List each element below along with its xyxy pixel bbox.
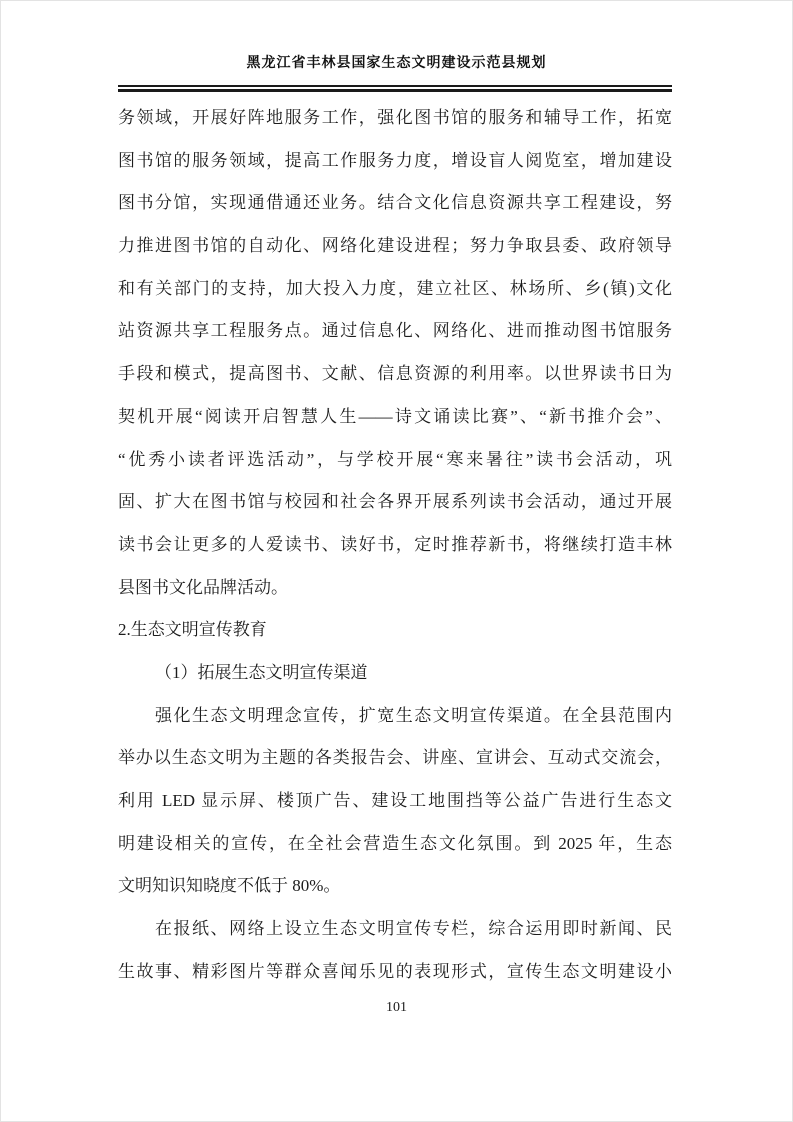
body-line: 读书会让更多的人爱读书、读好书，定时推荐新书，将继续打造丰林 bbox=[118, 524, 672, 567]
body-line: 契机开展“阅读开启智慧人生——诗文诵读比赛”、“新书推介会”、 bbox=[118, 396, 672, 439]
body-line: 强化生态文明理念宣传，扩宽生态文明宣传渠道。在全县范围内 bbox=[118, 695, 672, 738]
body-line: 图书馆的服务领域，提高工作服务力度，增设盲人阅览室，增加建设 bbox=[118, 140, 672, 183]
body-line: 举办以生态文明为主题的各类报告会、讲座、宣讲会、互动式交流会， bbox=[118, 737, 672, 780]
body-line: 务领域，开展好阵地服务工作，强化图书馆的服务和辅导工作，拓宽 bbox=[118, 97, 672, 140]
section-heading: 2.生态文明宣传教育 bbox=[118, 609, 672, 652]
body-line: 图书分馆，实现通借通还业务。结合文化信息资源共享工程建设，努 bbox=[118, 182, 672, 225]
body-line: 利用 LED 显示屏、楼顶广告、建设工地围挡等公益广告进行生态文 bbox=[118, 780, 672, 823]
subsection-heading: （1）拓展生态文明宣传渠道 bbox=[118, 652, 672, 695]
running-header-title: 黑龙江省丰林县国家生态文明建设示范县规划 bbox=[0, 52, 793, 72]
document-body: 务领域，开展好阵地服务工作，强化图书馆的服务和辅导工作，拓宽图书馆的服务领域，提… bbox=[118, 97, 672, 993]
body-line: 固、扩大在图书馆与校园和社会各界开展系列读书会活动，通过开展 bbox=[118, 481, 672, 524]
body-line: 手段和模式，提高图书、文献、信息资源的利用率。以世界读书日为 bbox=[118, 353, 672, 396]
body-line: 站资源共享工程服务点。通过信息化、网络化、进而推动图书馆服务 bbox=[118, 310, 672, 353]
body-line: 在报纸、网络上设立生态文明宣传专栏，综合运用即时新闻、民 bbox=[118, 908, 672, 951]
body-line: “优秀小读者评选活动”，与学校开展“寒来暑往”读书会活动，巩 bbox=[118, 439, 672, 482]
body-line: 文明知识知晓度不低于 80%。 bbox=[118, 865, 672, 908]
body-line: 和有关部门的支持，加大投入力度，建立社区、林场所、乡(镇)文化 bbox=[118, 268, 672, 311]
body-line: 明建设相关的宣传，在全社会营造生态文化氛围。到 2025 年，生态 bbox=[118, 823, 672, 866]
body-line: 县图书文化品牌活动。 bbox=[118, 567, 672, 610]
header-double-rule bbox=[118, 85, 672, 92]
page-number: 101 bbox=[0, 1000, 793, 1016]
document-page: 黑龙江省丰林县国家生态文明建设示范县规划 务领域，开展好阵地服务工作，强化图书馆… bbox=[0, 0, 793, 1122]
body-line: 生故事、精彩图片等群众喜闻乐见的表现形式，宣传生态文明建设小 bbox=[118, 951, 672, 994]
body-line: 力推进图书馆的自动化、网络化建设进程；努力争取县委、政府领导 bbox=[118, 225, 672, 268]
